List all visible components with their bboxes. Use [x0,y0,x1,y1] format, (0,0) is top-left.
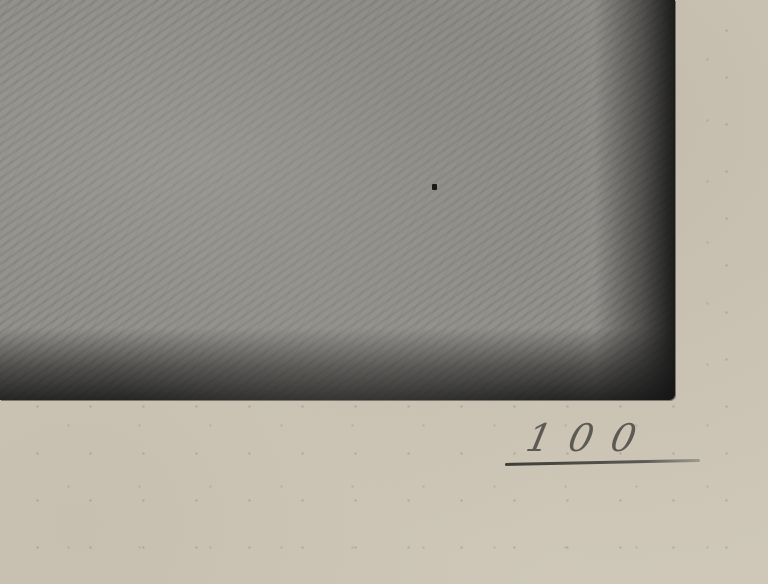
graphite-speck [432,184,437,190]
inscription-number: 100 [523,419,658,457]
handwritten-inscription: 100 [505,415,705,480]
graphite-shaded-area [0,0,675,400]
paper-sheet: 100 [0,0,768,584]
pencil-hatching [0,0,675,400]
